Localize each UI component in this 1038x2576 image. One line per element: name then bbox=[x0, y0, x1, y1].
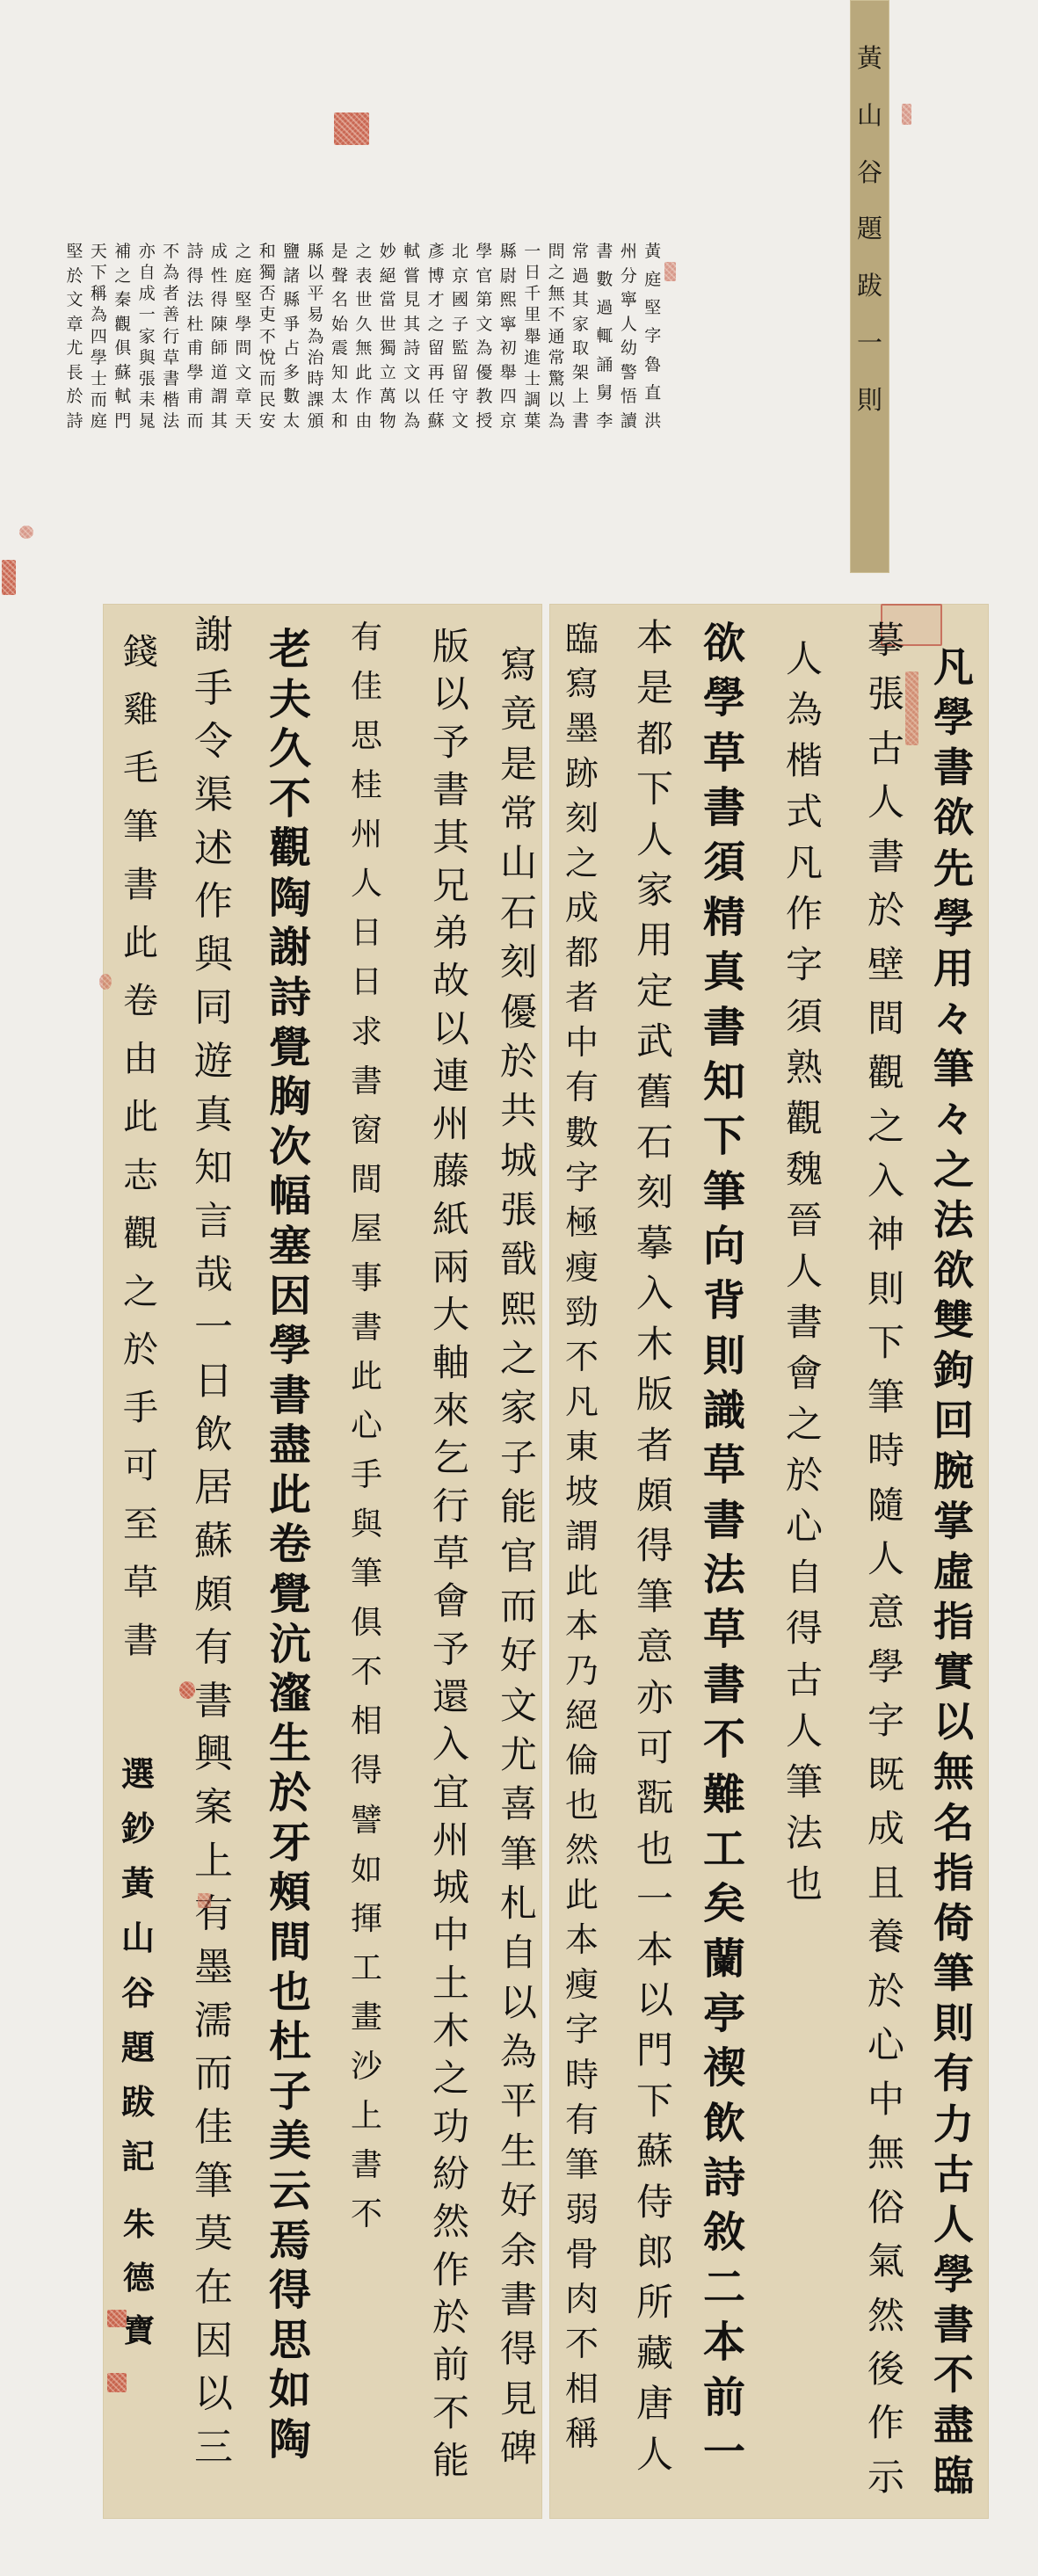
calligraphy-column: 本是都下人家用定武舊石刻摹入木版者頗得筆意亦可翫也一本以門下蘇侍郎所藏唐人 bbox=[632, 620, 678, 2473]
calligraphy-column: 凡學書欲先學用々筆々之法欲雙鉤回腕掌虛指實以無名指倚筆則有力古人學書不盡臨 bbox=[929, 647, 978, 2496]
biography-column: 之庭堅學問文章天 bbox=[234, 243, 253, 430]
paper-panel-left bbox=[103, 604, 542, 2519]
seal-stamp-title bbox=[902, 104, 911, 125]
seal-stamp-signature-1 bbox=[107, 2310, 127, 2327]
seal-stamp-edge-rect bbox=[2, 560, 16, 595]
title-strip: 黃山谷題跋一則 bbox=[850, 0, 889, 573]
biography-column: 之表世久無此作由 bbox=[354, 243, 374, 430]
biography-column: 軾嘗見其詩文以為 bbox=[403, 243, 422, 430]
seal-stamp-biography bbox=[664, 262, 676, 281]
biography-column: 亦自成一家與張耒晁 bbox=[137, 243, 156, 430]
calligraphy-column: 人為楷式凡作字須熟觀魏晉人書會之於心自得古人筆法也 bbox=[781, 641, 827, 1903]
biography-column: 一日千里舉進士調葉 bbox=[523, 243, 542, 430]
biography-column: 鹽諸縣爭占多數太 bbox=[282, 243, 301, 430]
biography-column: 縣尉熙寧初舉四京 bbox=[498, 243, 518, 430]
biography-column: 常過其家取架上書 bbox=[571, 243, 591, 430]
seal-stamp-large bbox=[334, 112, 369, 145]
paper-panel-right bbox=[549, 604, 989, 2519]
seal-stamp-edge-round bbox=[19, 526, 33, 539]
calligraphy-column: 欲學草書須精真書知下筆向背則識草書法草書不難工矣蘭亭禊飲詩敘二本前一 bbox=[699, 622, 750, 2473]
biography-column: 縣以平易為治時課頒 bbox=[306, 243, 325, 430]
biography-column: 彥博才之留再任蘇 bbox=[426, 243, 446, 430]
biography-column: 北京國子監留守文 bbox=[451, 243, 470, 430]
biography-column: 補之秦觀俱蘇軾門 bbox=[113, 243, 133, 430]
calligraphy-column: 錢雞毛筆書此卷由此志觀之於手可至草書 bbox=[119, 635, 163, 1658]
seal-stamp-round bbox=[179, 1681, 195, 1699]
biography-column: 黃庭堅字魯直洪 bbox=[643, 243, 663, 430]
biography-column: 是聲名始震知太和 bbox=[330, 243, 349, 430]
biography-column: 州分寧人幼警悟讀 bbox=[619, 243, 638, 430]
biography-column: 問之無不通常驚以為 bbox=[547, 243, 566, 430]
calligraphy-column: 臨寫墨跡刻之成都者中有數字極瘦勁不凡東坡謂此本乃絕倫也然此本瘦字時有筆弱骨肉不相… bbox=[561, 622, 603, 2450]
biography-column: 天下稱為四學士而庭 bbox=[89, 243, 108, 430]
biography-column: 不為者善行草書楷法 bbox=[162, 243, 181, 430]
calligraphy-column: 謝手令渠述作與同遊真知言哉一日飲居蘇頗有書興案上有墨濡而佳筆莫在因以三 bbox=[190, 616, 237, 2467]
biography-column: 成性得陳師道謂其 bbox=[209, 243, 229, 430]
signature-inscription: 選鈔黃山谷題跋記 bbox=[120, 1758, 156, 2173]
title-text: 黃山谷題跋一則 bbox=[850, 46, 889, 413]
seal-stamp-panel-edge bbox=[99, 974, 112, 990]
seal-stamp-signature-2 bbox=[107, 2373, 127, 2392]
biography-column: 妙絕當世獨立萬物 bbox=[378, 243, 397, 430]
calligraphy-column: 老夫久不觀陶謝詩覺胸次幅塞因學書盡此卷覺沆瀣生於牙頰間也杜子美云焉得思如陶 bbox=[265, 628, 316, 2461]
biography-text-block: 黃庭堅字魯直洪 州分寧人幼警悟讀 書數過輒誦舅李 常過其家取架上書 問之無不通常… bbox=[65, 243, 663, 430]
biography-column: 堅於文章尤長於詩 bbox=[65, 243, 84, 430]
calligraphy-column: 寫竟是常山石刻優於共城張戩熙之家子能官而好文尤喜筆札自以為平生好余書得見碑 bbox=[496, 647, 541, 2467]
biography-column: 學官第文為優教授 bbox=[475, 243, 494, 430]
biography-column: 詩得法杜甫學甫而 bbox=[185, 243, 205, 430]
calligraphy-column: 有佳思桂州人日日求書窗間屋事書此心手與筆俱不相得譬如揮工畫沙上書不 bbox=[346, 622, 387, 2231]
biography-column: 書數過輒誦舅李 bbox=[595, 243, 614, 430]
calligraphy-column: 摹張古人書於壁間觀之入神則下筆時隨人意學字既成且養於心中無俗氣然後作示 bbox=[863, 622, 909, 2496]
calligraphy-column: 版以予書其兄弟故以連州藤紙兩大軸來乞行草會予還入宜州城中土木之功紛然作於前不能 bbox=[428, 628, 474, 2479]
seal-stamp-small bbox=[198, 1893, 211, 1908]
biography-column: 和獨否吏不悅而民安 bbox=[258, 243, 277, 430]
